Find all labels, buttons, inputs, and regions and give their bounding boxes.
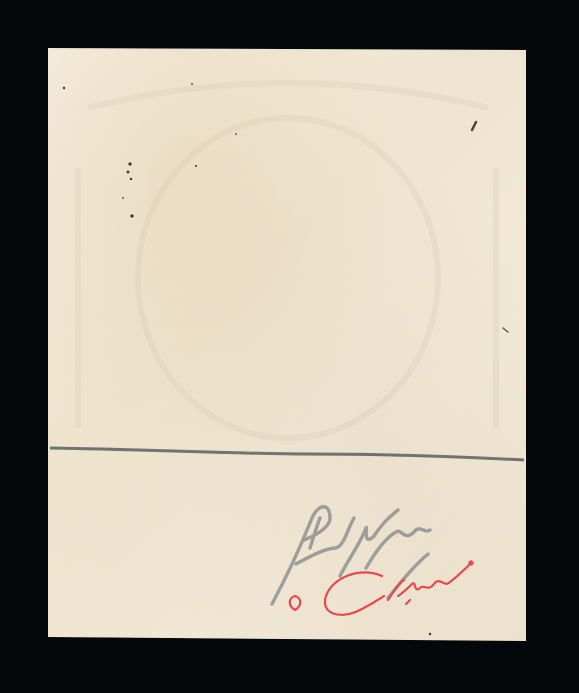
show-through-design [78, 83, 496, 438]
stamp-markings [48, 48, 526, 641]
foxing-spots [63, 83, 508, 640]
red-ink-signature [290, 561, 473, 614]
stamp-back [48, 48, 526, 641]
horizontal-rule-line [50, 448, 524, 460]
